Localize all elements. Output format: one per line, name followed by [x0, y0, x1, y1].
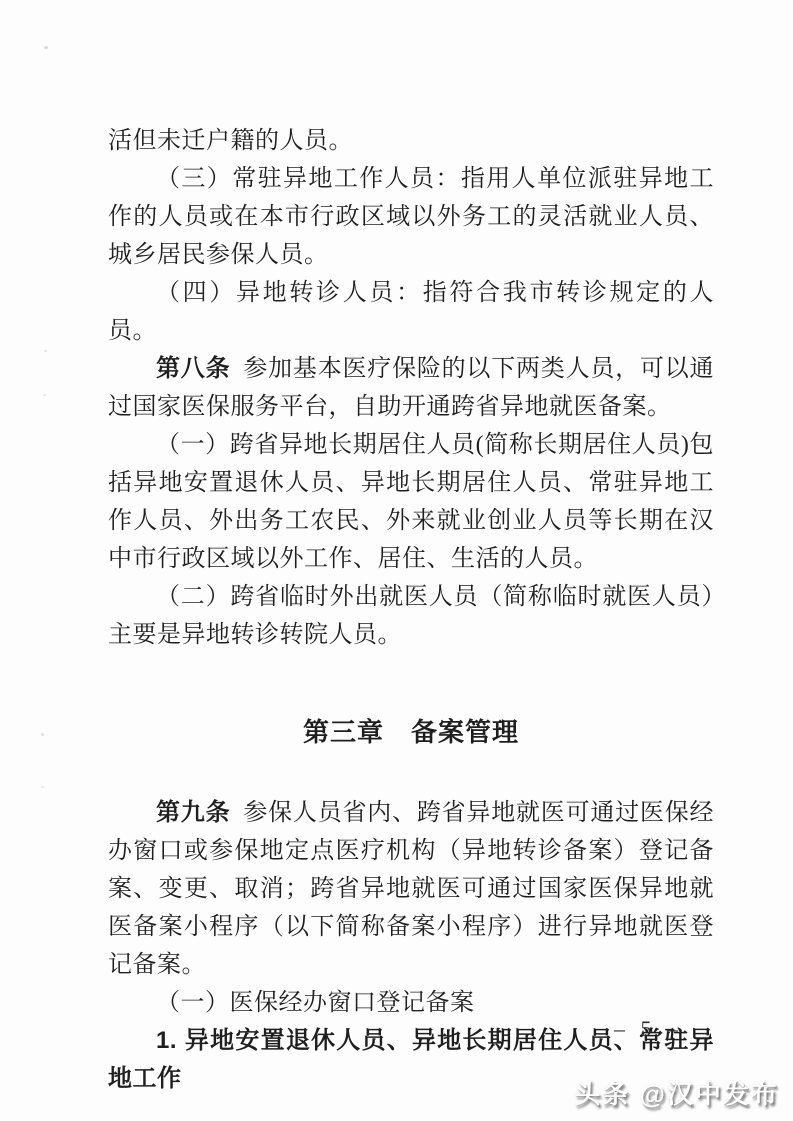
toutiao-watermark: 头条 @汉中发布: [574, 1074, 779, 1111]
scanned-document-page: 活但未迁户籍的人员。 （三）常驻异地工作人员：指用人单位派驻异地工作的人员或在本…: [0, 0, 793, 1121]
article-8-number: 第八条: [156, 355, 230, 382]
scan-speck: [44, 350, 47, 352]
paragraph-item-3: （三）常驻异地工作人员：指用人单位派驻异地工作的人员或在本市行政区域以外务工的灵…: [108, 160, 714, 274]
paragraph-article-8: 第八条参加基本医疗保险的以下两类人员，可以通过国家医保服务平台，自助开通跨省异地…: [108, 350, 714, 426]
page-number: – 5 –: [614, 1016, 683, 1042]
scan-speck: [44, 46, 48, 49]
paragraph-article-9: 第九条参保人员省内、跨省异地就医可通过医保经办窗口或参保地定点医疗机构（异地转诊…: [108, 794, 714, 984]
scan-speck: [41, 733, 44, 736]
paragraph-continuation: 活但未迁户籍的人员。: [108, 122, 714, 160]
document-body: 活但未迁户籍的人员。 （三）常驻异地工作人员：指用人单位派驻异地工作的人员或在本…: [108, 122, 714, 1098]
article-9-text: 参保人员省内、跨省异地就医可通过医保经办窗口或参保地定点医疗机构（异地转诊备案）…: [108, 800, 714, 978]
scan-speck: [41, 786, 44, 788]
paragraph-item-4: （四）异地转诊人员：指符合我市转诊规定的人员。: [108, 274, 714, 350]
paragraph-long-term-residents: （一）跨省异地长期居住人员(简称长期居住人员)包括异地安置退休人员、异地长期居住…: [108, 426, 714, 578]
paragraph-temporary-patients: （二）跨省临时外出就医人员（简称临时就医人员）主要是异地转诊转院人员。: [108, 578, 714, 654]
article-9-number: 第九条: [156, 799, 230, 826]
scan-speck: [43, 394, 46, 396]
chapter-heading: 第三章 备案管理: [108, 716, 714, 748]
